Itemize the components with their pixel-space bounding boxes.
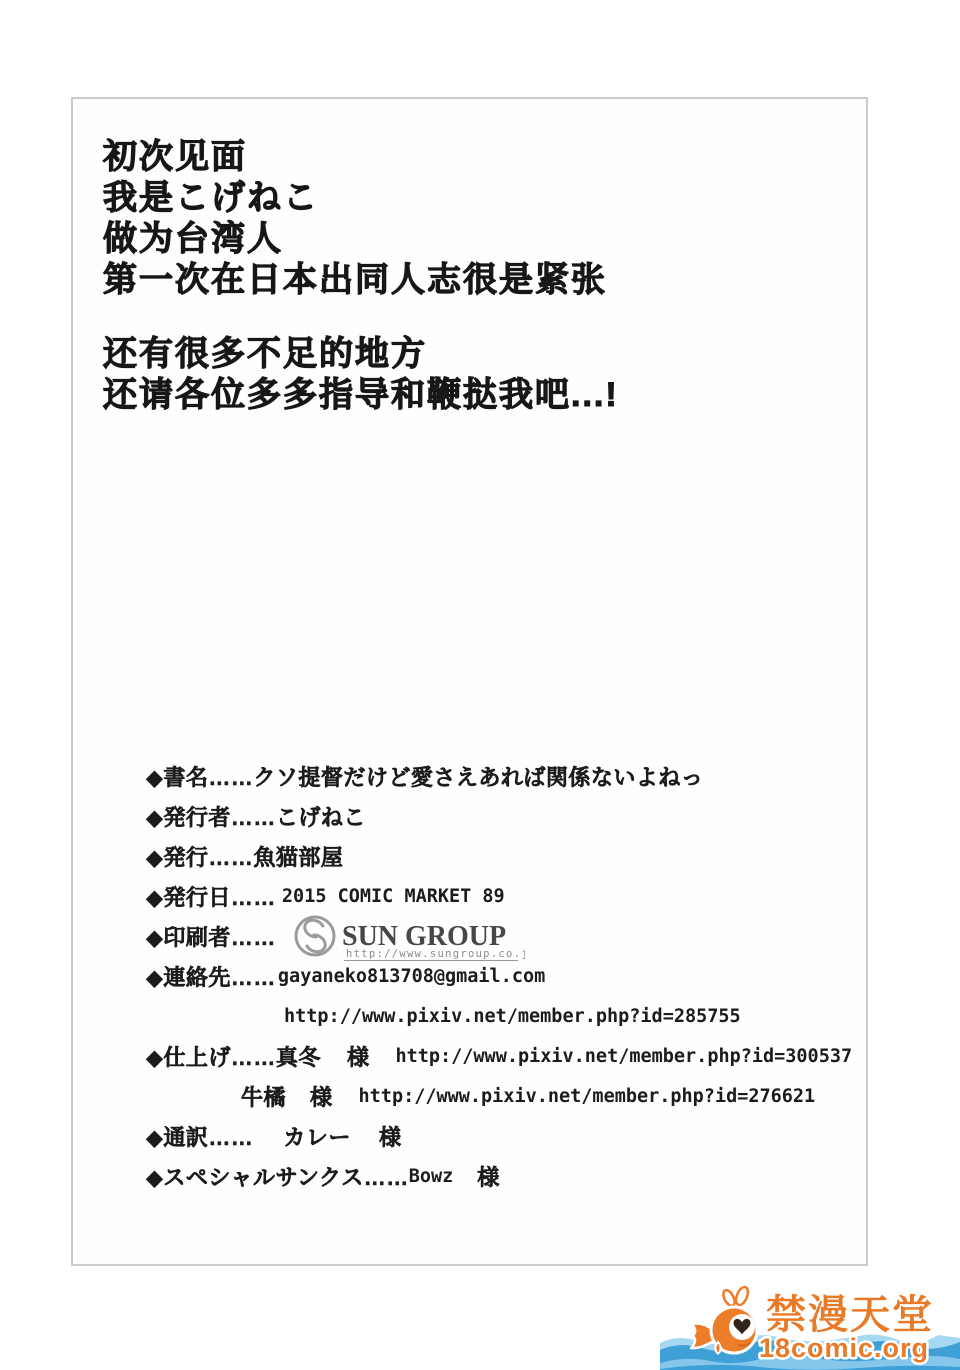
watermark-logo: 禁漫天堂 18comic.org bbox=[660, 1280, 960, 1370]
colophon-row: ◆発行……魚猫部屋 bbox=[146, 836, 862, 876]
colophon-text: 真冬 bbox=[276, 1041, 321, 1072]
watermark-site-name: 禁漫天堂 bbox=[766, 1293, 934, 1337]
colophon-text: 様 bbox=[477, 1161, 500, 1192]
colophon-text: Bowz bbox=[409, 1166, 454, 1187]
colophon-text: ◆印刷者…… bbox=[146, 921, 276, 952]
water-droplet bbox=[715, 1342, 720, 1354]
colophon-text: http://www.pixiv.net/member.php?id=27662… bbox=[359, 1086, 816, 1107]
colophon-text: 2015 COMIC MARKET 89 bbox=[282, 886, 505, 907]
afterword-text-block: 初次见面我是こげねこ做为台湾人第一次在日本出同人志很是紧张还有很多不足的地方还请… bbox=[103, 137, 619, 416]
colophon-row: ◆スペシャルサンクス……Bowz様 bbox=[146, 1156, 862, 1196]
watermark-site-url: 18comic.org bbox=[759, 1333, 929, 1363]
intro-line: 第一次在日本出同人志很是紧张 bbox=[103, 260, 619, 301]
colophon-text: 様 bbox=[310, 1081, 333, 1112]
colophon: ◆書名……クソ提督だけど愛さえあれば関係ないよねっ◆発行者……こげねこ◆発行……… bbox=[146, 756, 862, 1196]
colophon-row: ◆仕上げ……真冬様http://www.pixiv.net/member.php… bbox=[146, 1036, 862, 1076]
colophon-text: gayaneko813708@gmail.com bbox=[278, 966, 545, 987]
intro-line: 还有很多不足的地方 bbox=[103, 334, 619, 375]
colophon-text: ◆書名……クソ提督だけど愛さえあれば関係ないよねっ bbox=[146, 761, 703, 792]
colophon-text: http://www.pixiv.net/member.php?id=30053… bbox=[395, 1046, 852, 1067]
intro-blank-line bbox=[103, 301, 619, 334]
colophon-text: カレー bbox=[283, 1121, 351, 1152]
colophon-text: ◆仕上げ…… bbox=[146, 1041, 276, 1072]
intro-line: 做为台湾人 bbox=[103, 219, 619, 260]
spout-right bbox=[734, 1285, 750, 1306]
goldfish-mascot-icon bbox=[691, 1285, 757, 1353]
colophon-row: http://www.pixiv.net/member.php?id=28575… bbox=[146, 996, 862, 1036]
colophon-text: ◆連絡先…… bbox=[146, 961, 276, 992]
printer-url: http://www.sungroup.co.jp/ bbox=[346, 948, 525, 960]
colophon-text: ◆発行日…… bbox=[146, 881, 276, 912]
colophon-text: ◆通訳…… bbox=[146, 1121, 253, 1152]
intro-line: 我是こげねこ bbox=[103, 178, 619, 219]
colophon-row: ◆発行者……こげねこ bbox=[146, 796, 862, 836]
colophon-row: ◆書名……クソ提督だけど愛さえあれば関係ないよねっ bbox=[146, 756, 862, 796]
sun-group-mark-icon: SUN GROUP http://www.sungroup.co.jp/ bbox=[290, 909, 525, 963]
colophon-text: 様 bbox=[347, 1041, 370, 1072]
colophon-text: ◆発行者……こげねこ bbox=[146, 801, 366, 832]
colophon-text: http://www.pixiv.net/member.php?id=28575… bbox=[284, 1006, 741, 1027]
colophon-text: ◆発行……魚猫部屋 bbox=[146, 841, 343, 872]
colophon-text: ◆スペシャルサンクス…… bbox=[146, 1161, 409, 1192]
sun-group-logo: SUN GROUP http://www.sungroup.co.jp/ bbox=[290, 909, 525, 963]
spout-left bbox=[721, 1288, 737, 1307]
colophon-text: 様 bbox=[379, 1121, 402, 1152]
scanned-page-background: { "page": { "intro_lines": [ "初次见面", "我是… bbox=[0, 0, 960, 1370]
scan-page: 初次见面我是こげねこ做为台湾人第一次在日本出同人志很是紧张还有很多不足的地方还请… bbox=[71, 97, 868, 1266]
intro-line: 初次见面 bbox=[103, 137, 619, 178]
colophon-text: 牛橘 bbox=[241, 1081, 286, 1112]
colophon-row: 牛橘様http://www.pixiv.net/member.php?id=27… bbox=[146, 1076, 862, 1116]
colophon-row: ◆印刷者…… SUN GROUP http://www.sungroup.co.… bbox=[146, 916, 862, 956]
colophon-row: ◆通訳……カレー様 bbox=[146, 1116, 862, 1156]
intro-line: 还请各位多多指导和鞭挞我吧...! bbox=[103, 375, 619, 416]
